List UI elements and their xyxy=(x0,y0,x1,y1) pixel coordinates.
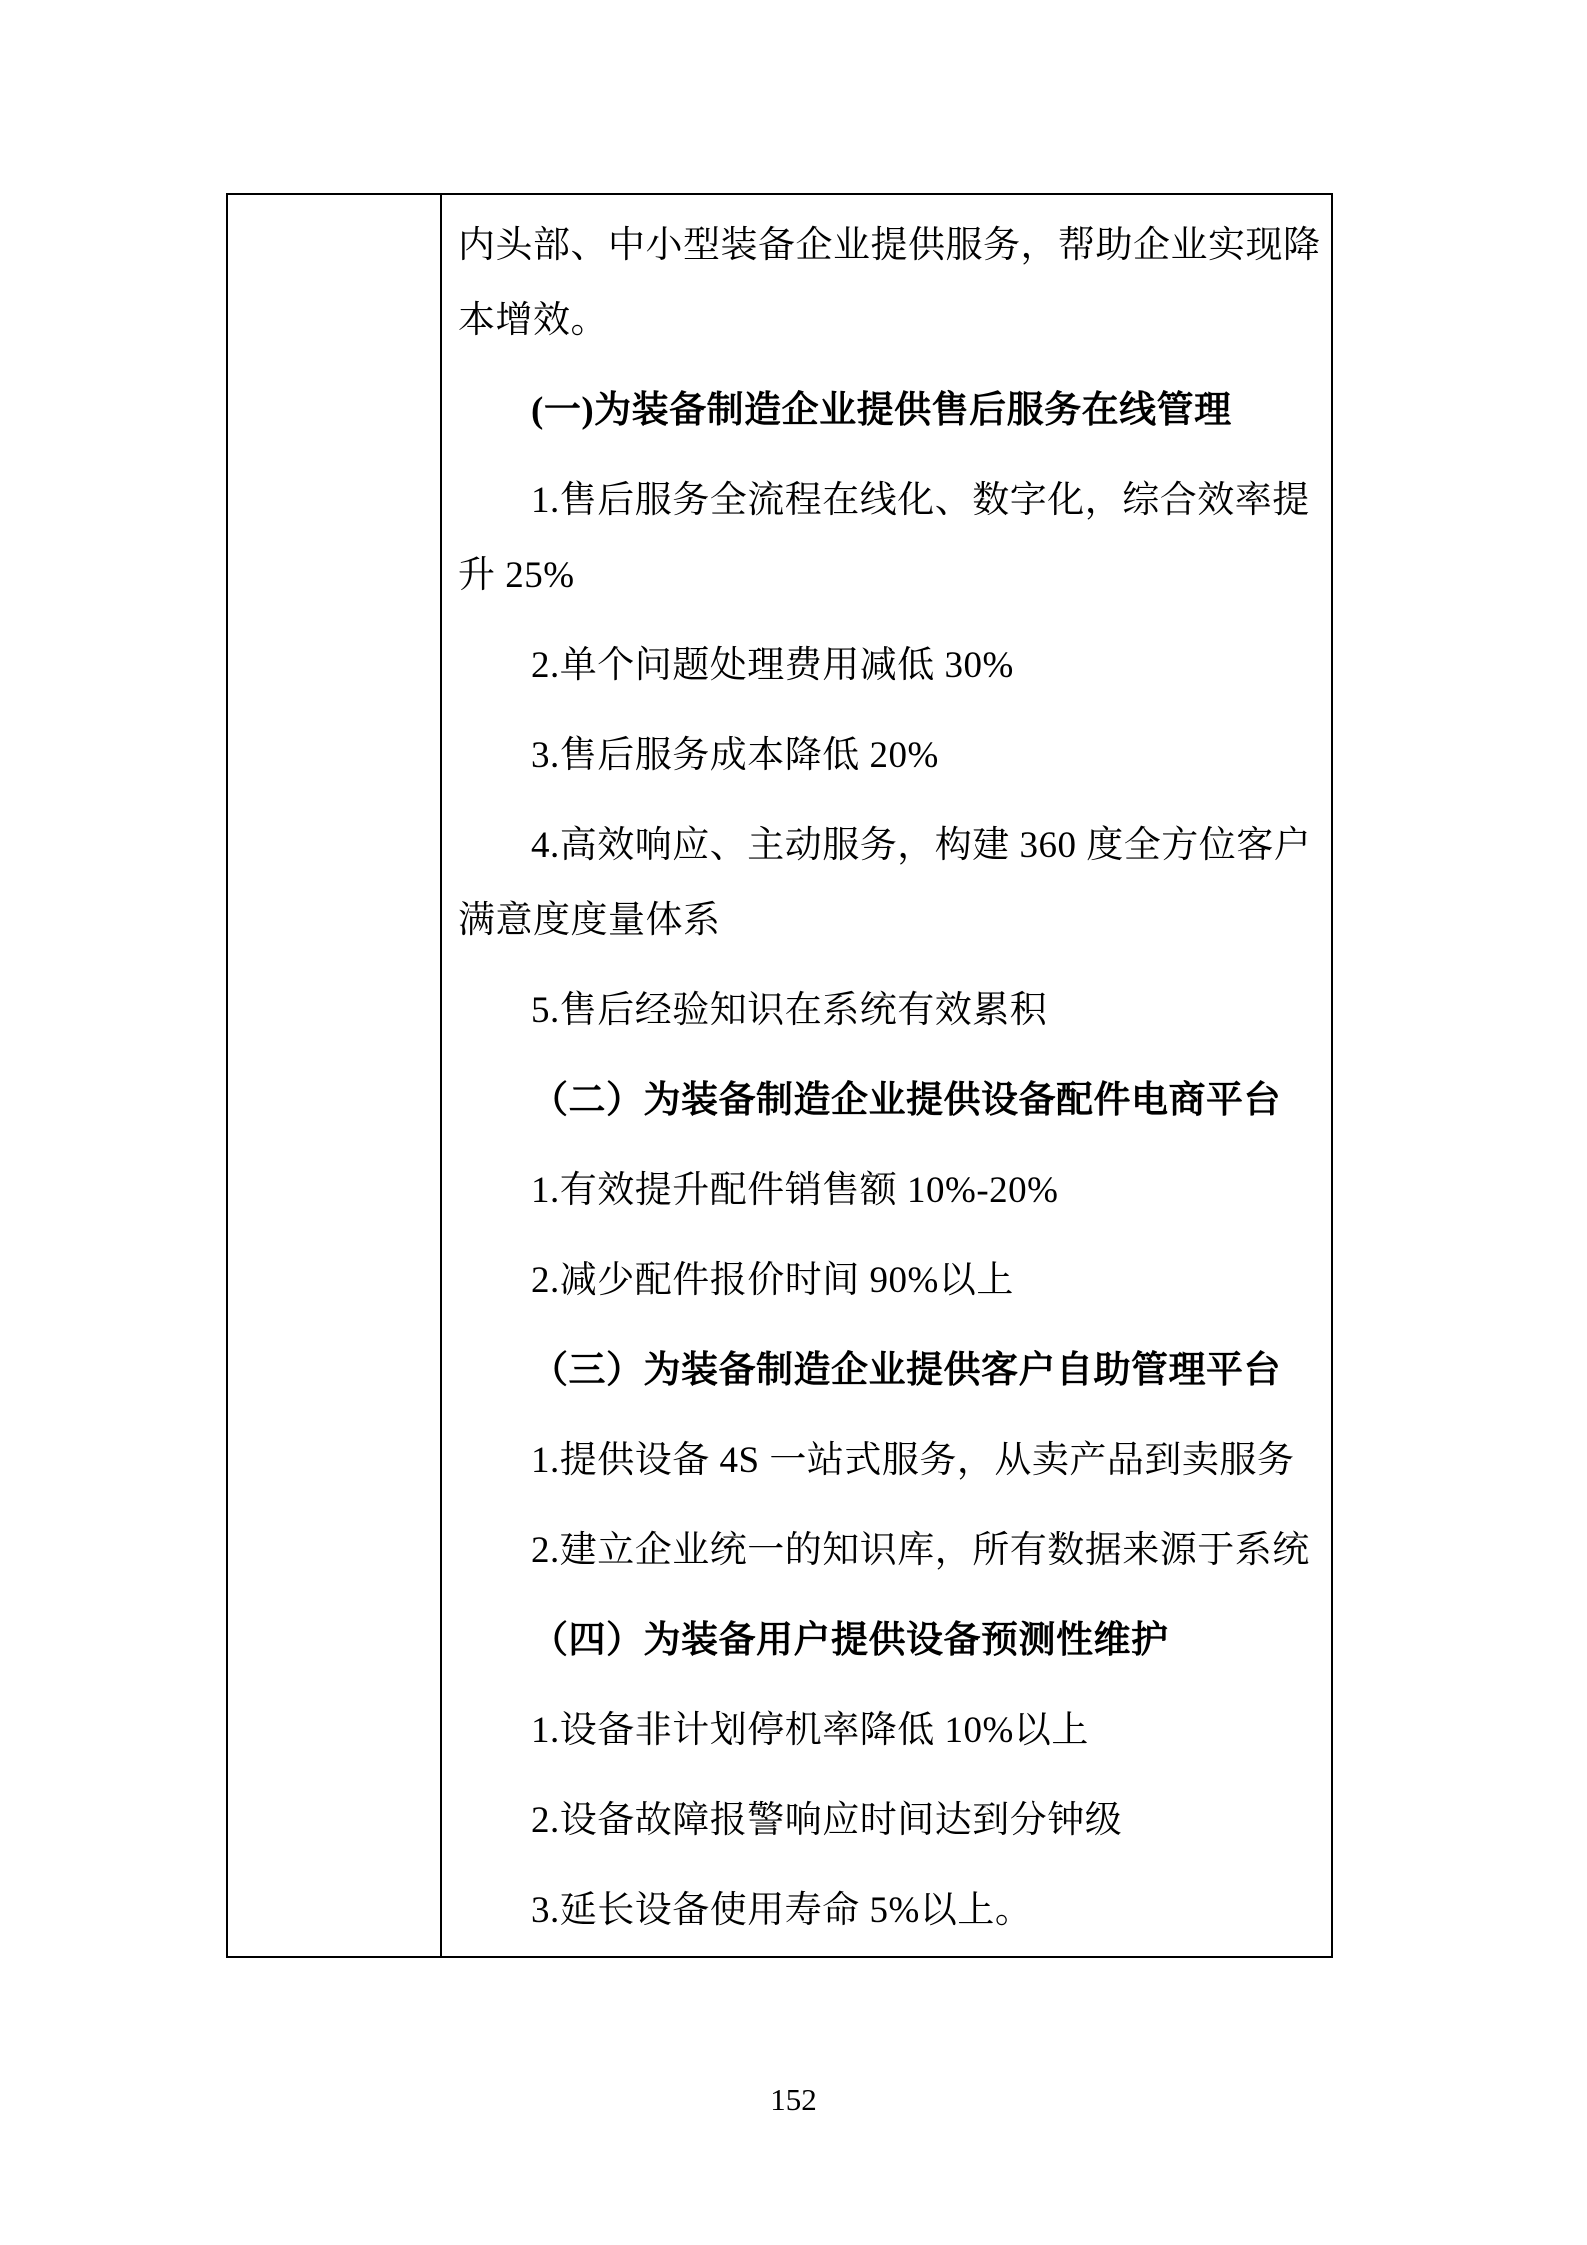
page-number: 152 xyxy=(0,2082,1587,2118)
text-line: 3.延长设备使用寿命 5%以上。 xyxy=(458,1873,1317,1948)
body-paragraph: 2.建立企业统一的知识库，所有数据来源于系统 xyxy=(458,1513,1317,1588)
body-paragraph: 1.有效提升配件销售额 10%-20% xyxy=(458,1153,1317,1228)
text-line: （四）为装备用户提供设备预测性维护 xyxy=(458,1603,1317,1678)
body-paragraph: 1.设备非计划停机率降低 10%以上 xyxy=(458,1693,1317,1768)
table-cell-content: 内头部、中小型装备企业提供服务，帮助企业实现降本增效。(一)为装备制造企业提供售… xyxy=(442,195,1331,1956)
text-line: 2.单个问题处理费用减低 30% xyxy=(458,628,1317,703)
body-paragraph: 2.减少配件报价时间 90%以上 xyxy=(458,1243,1317,1318)
text-line: 2.建立企业统一的知识库，所有数据来源于系统 xyxy=(458,1513,1317,1588)
table-cell-label-empty xyxy=(228,195,442,1956)
text-line: (一)为装备制造企业提供售后服务在线管理 xyxy=(458,373,1317,448)
text-line: 本增效。 xyxy=(458,283,1317,358)
body-paragraph: 1.售后服务全流程在线化、数字化，综合效率提升 25% xyxy=(458,463,1317,613)
body-paragraph: 3.延长设备使用寿命 5%以上。 xyxy=(458,1873,1317,1948)
body-paragraph: 1.提供设备 4S 一站式服务，从卖产品到卖服务 xyxy=(458,1423,1317,1498)
section-heading: （三）为装备制造企业提供客户自助管理平台 xyxy=(458,1333,1317,1408)
body-paragraph: 4.高效响应、主动服务，构建 360 度全方位客户满意度度量体系 xyxy=(458,808,1317,958)
body-paragraph: 2.单个问题处理费用减低 30% xyxy=(458,628,1317,703)
text-line: 满意度度量体系 xyxy=(458,883,1317,958)
text-line: （二）为装备制造企业提供设备配件电商平台 xyxy=(458,1063,1317,1138)
body-paragraph: 内头部、中小型装备企业提供服务，帮助企业实现降本增效。 xyxy=(458,208,1317,358)
text-line: 升 25% xyxy=(458,538,1317,613)
section-heading: （四）为装备用户提供设备预测性维护 xyxy=(458,1603,1317,1678)
text-line: 1.提供设备 4S 一站式服务，从卖产品到卖服务 xyxy=(458,1423,1317,1498)
continuation-table: 内头部、中小型装备企业提供服务，帮助企业实现降本增效。(一)为装备制造企业提供售… xyxy=(226,193,1333,1958)
section-heading: (一)为装备制造企业提供售后服务在线管理 xyxy=(458,373,1317,448)
text-line: 2.减少配件报价时间 90%以上 xyxy=(458,1243,1317,1318)
section-heading: （二）为装备制造企业提供设备配件电商平台 xyxy=(458,1063,1317,1138)
body-paragraph: 2.设备故障报警响应时间达到分钟级 xyxy=(458,1783,1317,1858)
text-line: 3.售后服务成本降低 20% xyxy=(458,718,1317,793)
text-line: 1.设备非计划停机率降低 10%以上 xyxy=(458,1693,1317,1768)
text-line: 5.售后经验知识在系统有效累积 xyxy=(458,973,1317,1048)
body-paragraph: 3.售后服务成本降低 20% xyxy=(458,718,1317,793)
text-line: 4.高效响应、主动服务，构建 360 度全方位客户 xyxy=(458,808,1317,883)
text-line: 2.设备故障报警响应时间达到分钟级 xyxy=(458,1783,1317,1858)
text-line: 内头部、中小型装备企业提供服务，帮助企业实现降 xyxy=(458,208,1317,283)
text-line: （三）为装备制造企业提供客户自助管理平台 xyxy=(458,1333,1317,1408)
document-page: 内头部、中小型装备企业提供服务，帮助企业实现降本增效。(一)为装备制造企业提供售… xyxy=(0,0,1587,2245)
text-line: 1.售后服务全流程在线化、数字化，综合效率提 xyxy=(458,463,1317,538)
body-paragraph: 5.售后经验知识在系统有效累积 xyxy=(458,973,1317,1048)
text-line: 1.有效提升配件销售额 10%-20% xyxy=(458,1153,1317,1228)
